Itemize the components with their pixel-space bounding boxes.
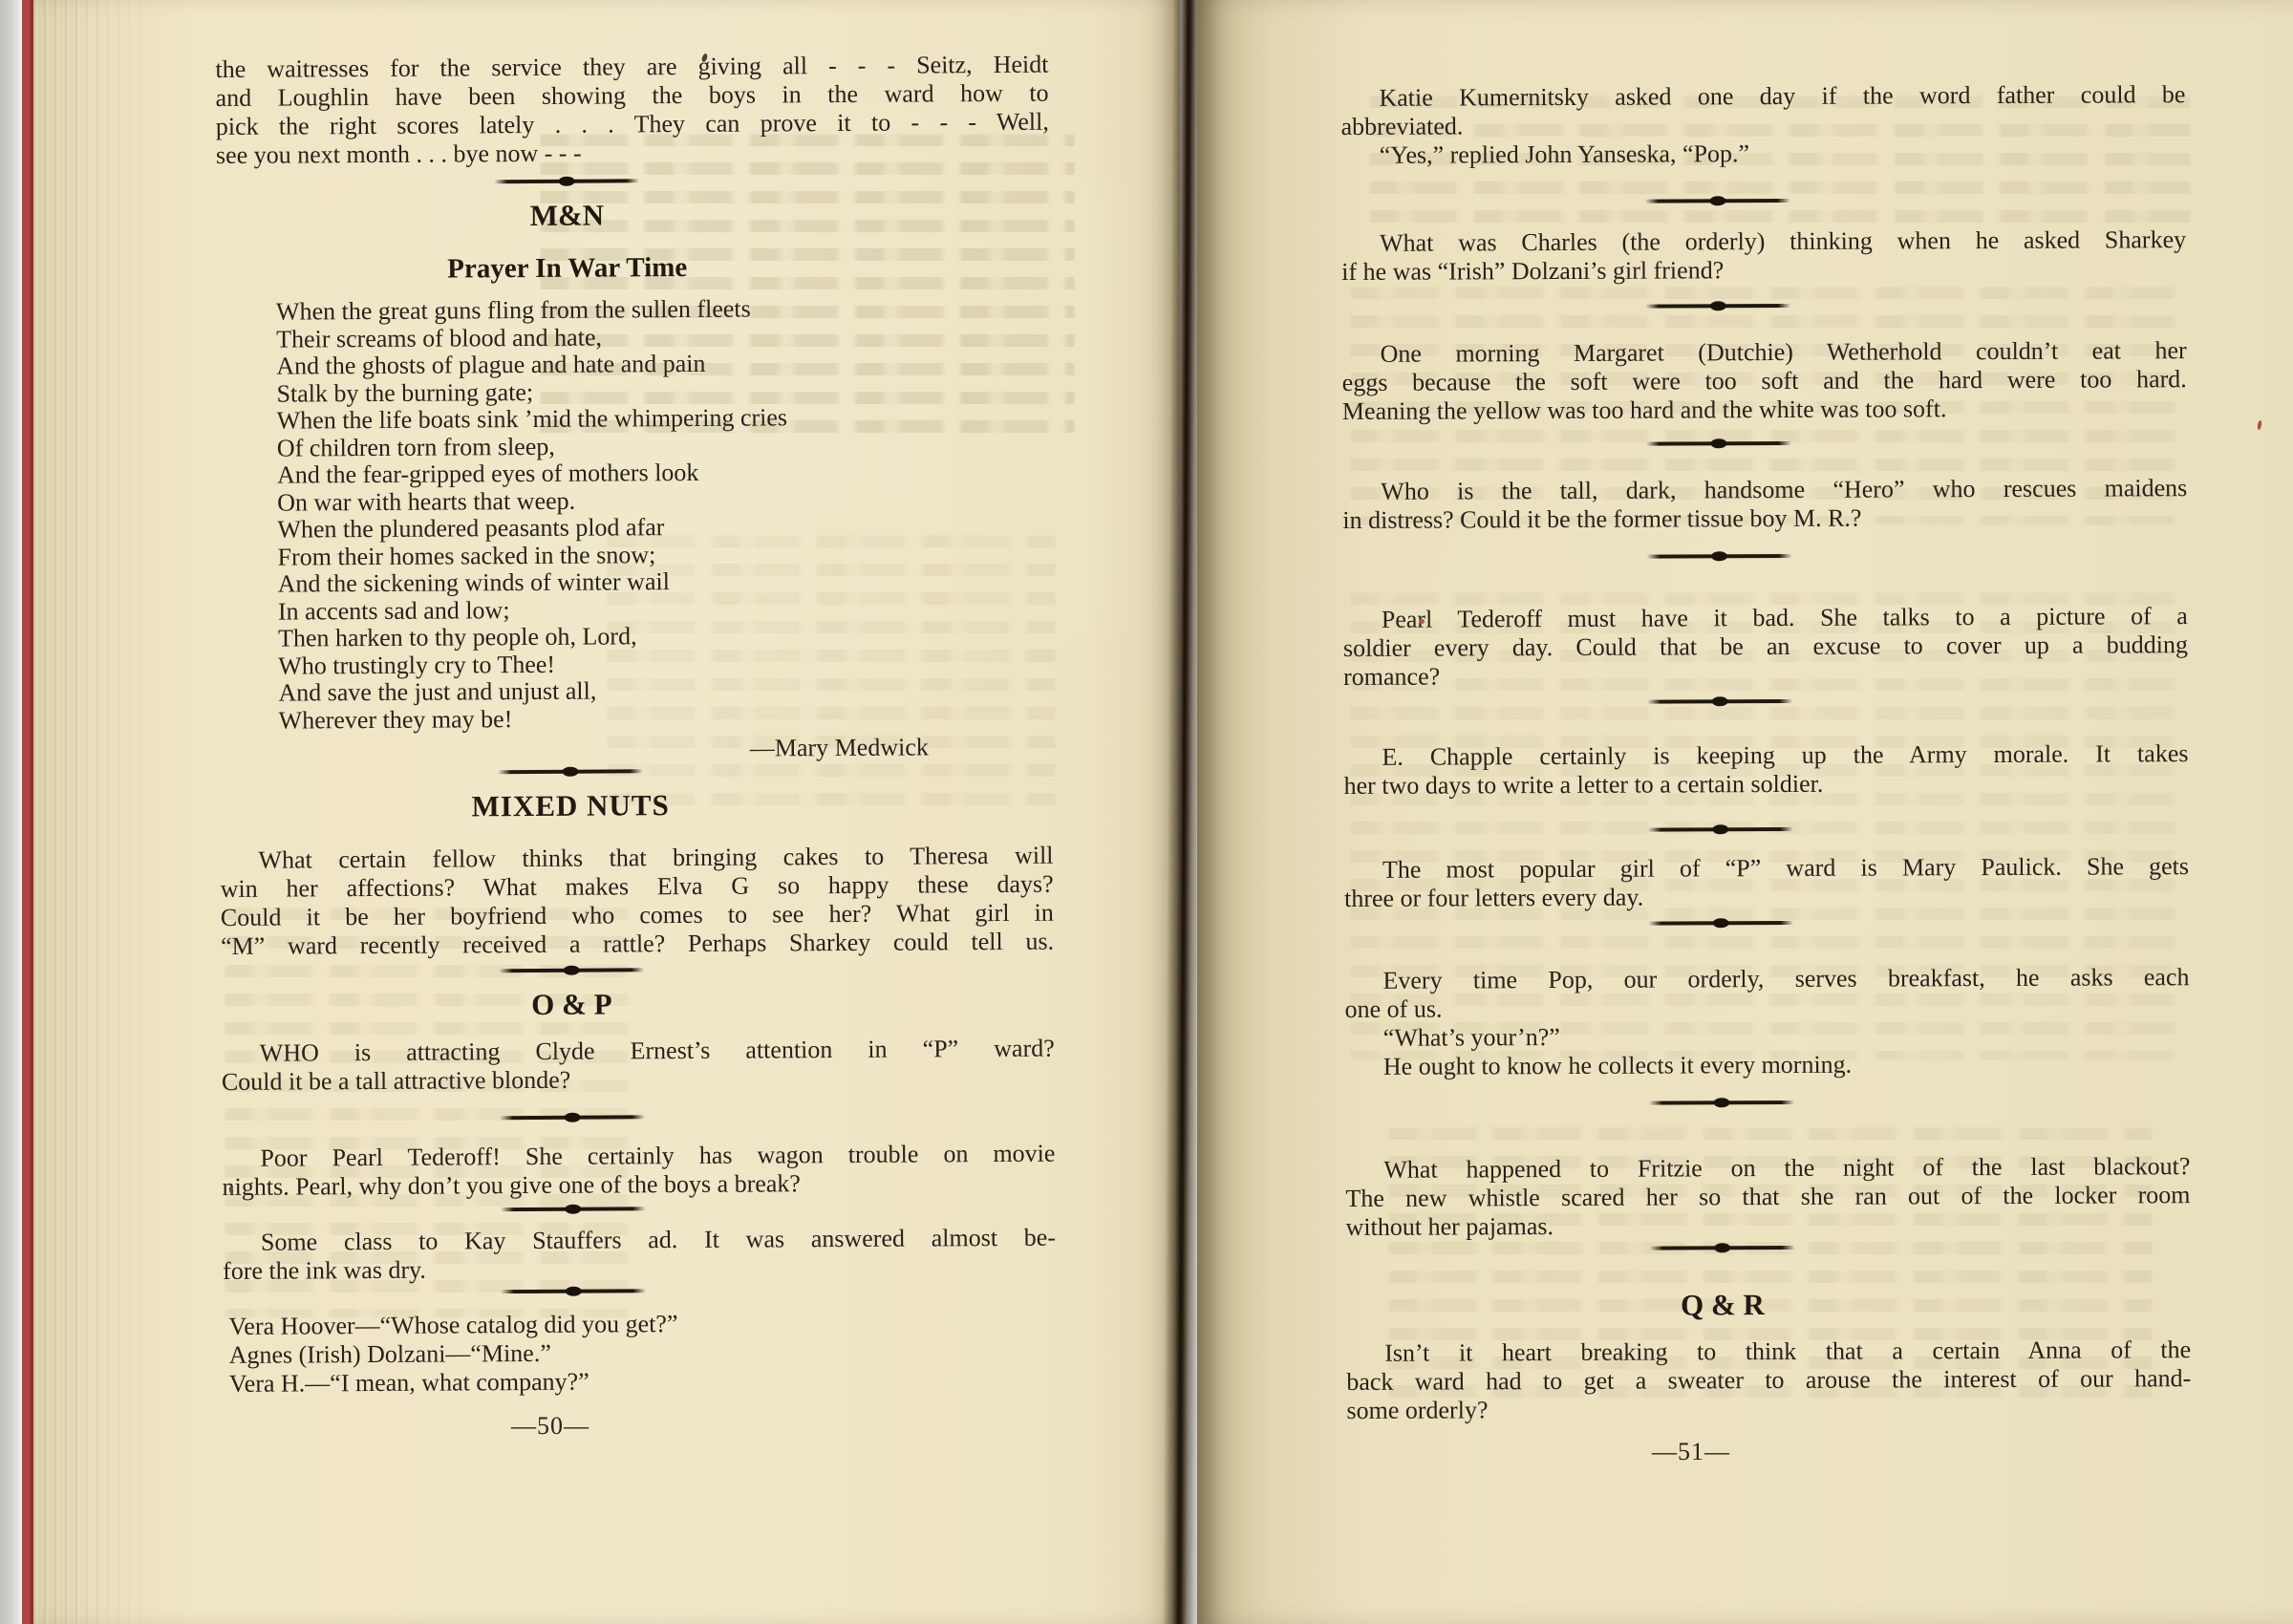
text-line: nights. Pearl, why don’t you give one of… xyxy=(223,1168,1056,1202)
text-line: romance? xyxy=(1343,659,2188,692)
text-line: without her pajamas. xyxy=(1346,1209,2191,1242)
text-line: Who is the tall, dark, handsome “Hero” w… xyxy=(1342,474,2187,506)
book-scan: the waitresses for the service they are … xyxy=(0,0,2293,1624)
divider-wrapper xyxy=(1343,548,2188,564)
text-line: some orderly? xyxy=(1346,1393,2191,1425)
page-number: —51— xyxy=(1340,1438,2185,1466)
scanner-background xyxy=(0,0,19,1624)
poem: When the great guns fling from the sulle… xyxy=(276,294,1053,735)
paragraph: Who is the tall, dark, handsome “Hero” w… xyxy=(1342,474,2187,535)
section-divider xyxy=(501,1285,646,1297)
paragraph: What was Charles (the orderly) thinking … xyxy=(1341,225,2186,287)
text-line: if he was “Irish” Dolzani’s girl friend? xyxy=(1341,254,2186,287)
divider-wrapper xyxy=(216,173,1049,189)
paragraph: Pearl Tederoff must have it bad. She tal… xyxy=(1343,602,2188,692)
text-line: see you next month . . . bye now - - - xyxy=(216,137,1049,170)
right-page: Katie Kumernitsky asked one day if the w… xyxy=(1197,0,2293,1624)
section-divider xyxy=(500,1111,645,1123)
text-line: Vera H.—“I mean, what company?” xyxy=(229,1365,1057,1399)
paragraph: Isn’t it heart breaking to think that a … xyxy=(1346,1336,2191,1425)
paragraph: One morning Margaret (Dutchie) Wetherhol… xyxy=(1342,336,2187,426)
text-line: abbreviated. xyxy=(1341,109,2186,141)
divider-wrapper xyxy=(223,1283,1056,1299)
text-line: in distress? Could it be the former tiss… xyxy=(1342,502,2187,535)
section-divider xyxy=(1646,438,1791,450)
section-divider xyxy=(494,175,639,187)
poem-title: Prayer In War Time xyxy=(217,249,1050,287)
text-line: eggs because the soft were too soft and … xyxy=(1342,365,2187,397)
section-heading: MIXED NUTS xyxy=(220,786,1053,825)
paragraph: The most popular girl of “P” ward is Mar… xyxy=(1344,852,2189,913)
section-divider xyxy=(501,1203,646,1215)
poem-attribution: —Mary Medwick xyxy=(750,733,1053,763)
section-divider xyxy=(1650,1242,1795,1254)
text-line: back ward had to get a sweater to arouse… xyxy=(1346,1364,2191,1397)
text-line: Pearl Tederoff must have it bad. She tal… xyxy=(1343,602,2188,634)
section-divider xyxy=(1647,695,1792,708)
paragraph: Every time Pop, our orderly, serves brea… xyxy=(1344,963,2190,1081)
divider-wrapper xyxy=(223,1201,1056,1217)
paragraph: Some class to Kay Stauffers ad. It was a… xyxy=(223,1224,1056,1286)
section-heading: Q & R xyxy=(1346,1286,2191,1324)
text-line: Katie Kumernitsky asked one day if the w… xyxy=(1340,80,2185,113)
text-line: Meaning the yellow was too hard and the … xyxy=(1342,394,2187,426)
text-line: E. Chapple certainly is keeping up the A… xyxy=(1343,739,2188,772)
section-divider xyxy=(1645,300,1790,312)
text-line: Some class to Kay Stauffers ad. It was a… xyxy=(223,1224,1056,1257)
text-line: Could it be a tall attractive blonde? xyxy=(222,1063,1055,1097)
text-line: one of us. xyxy=(1345,992,2190,1024)
section-divider xyxy=(1649,1097,1794,1109)
right-page-content: Katie Kumernitsky asked one day if the w… xyxy=(1340,0,2192,1425)
text-line: three or four letters every day. xyxy=(1344,881,2189,913)
red-speck xyxy=(1419,619,1425,624)
paragraph: WHO is attracting Clyde Ernest’s attenti… xyxy=(222,1035,1055,1097)
text-line: Isn’t it heart breaking to think that a … xyxy=(1346,1336,2191,1368)
divider-wrapper xyxy=(1344,915,2189,930)
paragraph: What happened to Fritzie on the night of… xyxy=(1345,1152,2190,1242)
section-divider xyxy=(1645,195,1790,207)
divider-wrapper xyxy=(1341,298,2186,313)
section-divider xyxy=(498,765,643,778)
dialog-block: Vera Hoover—“Whose catalog did you get?”… xyxy=(228,1308,1057,1399)
paragraph: Poor Pearl Tederoff! She certainly has w… xyxy=(222,1140,1055,1202)
poem-line: Wherever they may be! xyxy=(279,702,1053,734)
text-line: her two days to write a letter to a cert… xyxy=(1344,768,2189,801)
text-line: The new whistle scared her so that she r… xyxy=(1345,1181,2190,1213)
text-line: WHO is attracting Clyde Ernest’s attenti… xyxy=(222,1035,1055,1068)
divider-wrapper xyxy=(1343,694,2188,709)
page-edge-striations xyxy=(33,0,167,1624)
section-divider xyxy=(499,964,644,976)
paragraph: Katie Kumernitsky asked one day if the w… xyxy=(1340,80,2185,170)
section-divider xyxy=(1648,823,1793,836)
paragraph: What certain fellow thinks that bringing… xyxy=(220,842,1054,961)
text-line: Poor Pearl Tederoff! She certainly has w… xyxy=(222,1140,1055,1173)
paragraph: the waitresses for the service they are … xyxy=(215,51,1049,170)
text-line: What was Charles (the orderly) thinking … xyxy=(1341,225,2186,258)
divider-wrapper xyxy=(1341,193,2186,208)
divider-wrapper xyxy=(1346,1240,2191,1255)
text-line: “M” ward recently received a rattle? Per… xyxy=(221,928,1054,961)
page-number: —50— xyxy=(215,1412,1048,1441)
text-line: Every time Pop, our orderly, serves brea… xyxy=(1344,963,2189,995)
text-line: “Yes,” replied John Yanseska, “Pop.” xyxy=(1341,138,2186,170)
text-line: fore the ink was dry. xyxy=(223,1252,1056,1286)
divider-wrapper xyxy=(220,763,1053,780)
divider-wrapper xyxy=(1345,1095,2190,1110)
divider-wrapper xyxy=(1342,436,2187,451)
left-page-content: the waitresses for the service they are … xyxy=(215,0,1057,1399)
text-line: soldier every day. Could that be an excu… xyxy=(1343,630,2188,663)
text-line: He ought to know he collects it every mo… xyxy=(1345,1049,2190,1081)
section-divider xyxy=(1648,917,1793,930)
section-heading: O & P xyxy=(221,985,1054,1024)
divider-wrapper xyxy=(221,962,1054,978)
text-line: What happened to Fritzie on the night of… xyxy=(1345,1152,2190,1185)
divider-wrapper xyxy=(222,1109,1055,1125)
text-line: pick the right scores lately . . . They … xyxy=(216,108,1049,141)
text-line: “What’s your’n?” xyxy=(1345,1020,2190,1053)
divider-wrapper xyxy=(1344,822,2189,837)
section-heading: M&N xyxy=(216,196,1049,235)
paragraph: E. Chapple certainly is keeping up the A… xyxy=(1343,739,2188,801)
text-line: The most popular girl of “P” ward is Mar… xyxy=(1344,852,2189,885)
book-cover-edge xyxy=(19,0,33,1624)
left-page: the waitresses for the service they are … xyxy=(33,0,1180,1624)
text-line: One morning Margaret (Dutchie) Wetherhol… xyxy=(1342,336,2187,369)
red-speck xyxy=(2257,420,2262,431)
section-divider xyxy=(1647,550,1792,563)
